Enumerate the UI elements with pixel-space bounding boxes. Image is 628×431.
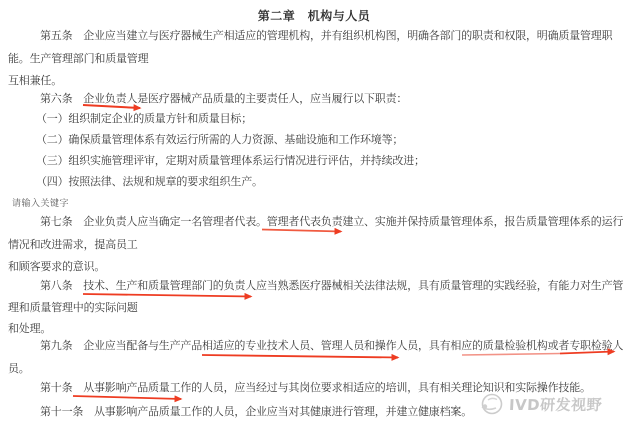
watermark-text: IVD研发视野: [508, 394, 602, 415]
red-underline-arrow: [73, 396, 181, 399]
watermark: IVD研发视野: [478, 391, 602, 417]
red-underline-arrow: [202, 355, 398, 358]
doc-line: 第八条 技术、生产和质量管理部门的负责人应当熟悉医疗器械相关法律法规，具有质量管…: [40, 279, 623, 292]
doc-line: 第六条 企业负责人是医疗器械产品质量的主要责任人，应当履行以下职责：: [40, 92, 407, 105]
search-placeholder-text[interactable]: 请输入关键字: [12, 196, 69, 209]
doc-line: 互相兼任。: [8, 74, 62, 87]
watermark-logo-icon: [478, 391, 504, 417]
doc-line: 情况和改进需求，提高员工: [8, 238, 138, 251]
doc-line: 第七条 企业负责人应当确定一名管理者代表。管理者代表负责建立、实施并保持质量管理…: [40, 215, 623, 228]
doc-line: 员。: [8, 362, 30, 375]
doc-line: （一）组织制定企业的质量方针和质量目标；: [36, 112, 252, 125]
document-page: 第二章 机构与人员 第五条 企业应当建立与医疗器械生产相适应的管理机构，并有组织…: [0, 0, 628, 431]
doc-line: （二）确保质量管理体系有效运行所需的人力资源、基础设施和工作环境等；: [36, 133, 403, 146]
red-underline-arrow: [462, 354, 560, 356]
doc-line: 第十一条 从事影响产品质量工作的人员，企业应当对其健康进行管理，并建立健康档案。: [40, 405, 472, 418]
red-underline-arrow: [83, 105, 140, 108]
doc-line: 和顾客要求的意识。: [8, 260, 105, 273]
chapter-title: 第二章 机构与人员: [0, 7, 628, 24]
doc-line: 和处理。: [8, 322, 51, 335]
red-underline-arrow: [83, 294, 251, 297]
doc-line: 能。生产管理部门和质量管理: [8, 52, 148, 65]
doc-line: 第九条 企业应当配备与生产产品相适应的专业技术人员、管理人员和操作人员，具有相应…: [40, 339, 623, 352]
doc-line: （四）按照法律、法规和规章的要求组织生产。: [36, 175, 263, 188]
red-underline-arrow: [262, 230, 341, 232]
doc-line: （三）组织实施管理评审，定期对质量管理体系运行情况进行评估，并持续改进；: [36, 154, 425, 167]
doc-line: 理和质量管理中的实际问题: [8, 301, 138, 314]
doc-line: 第五条 企业应当建立与医疗器械生产相适应的管理机构，并有组织机构图，明确各部门的…: [40, 29, 612, 42]
